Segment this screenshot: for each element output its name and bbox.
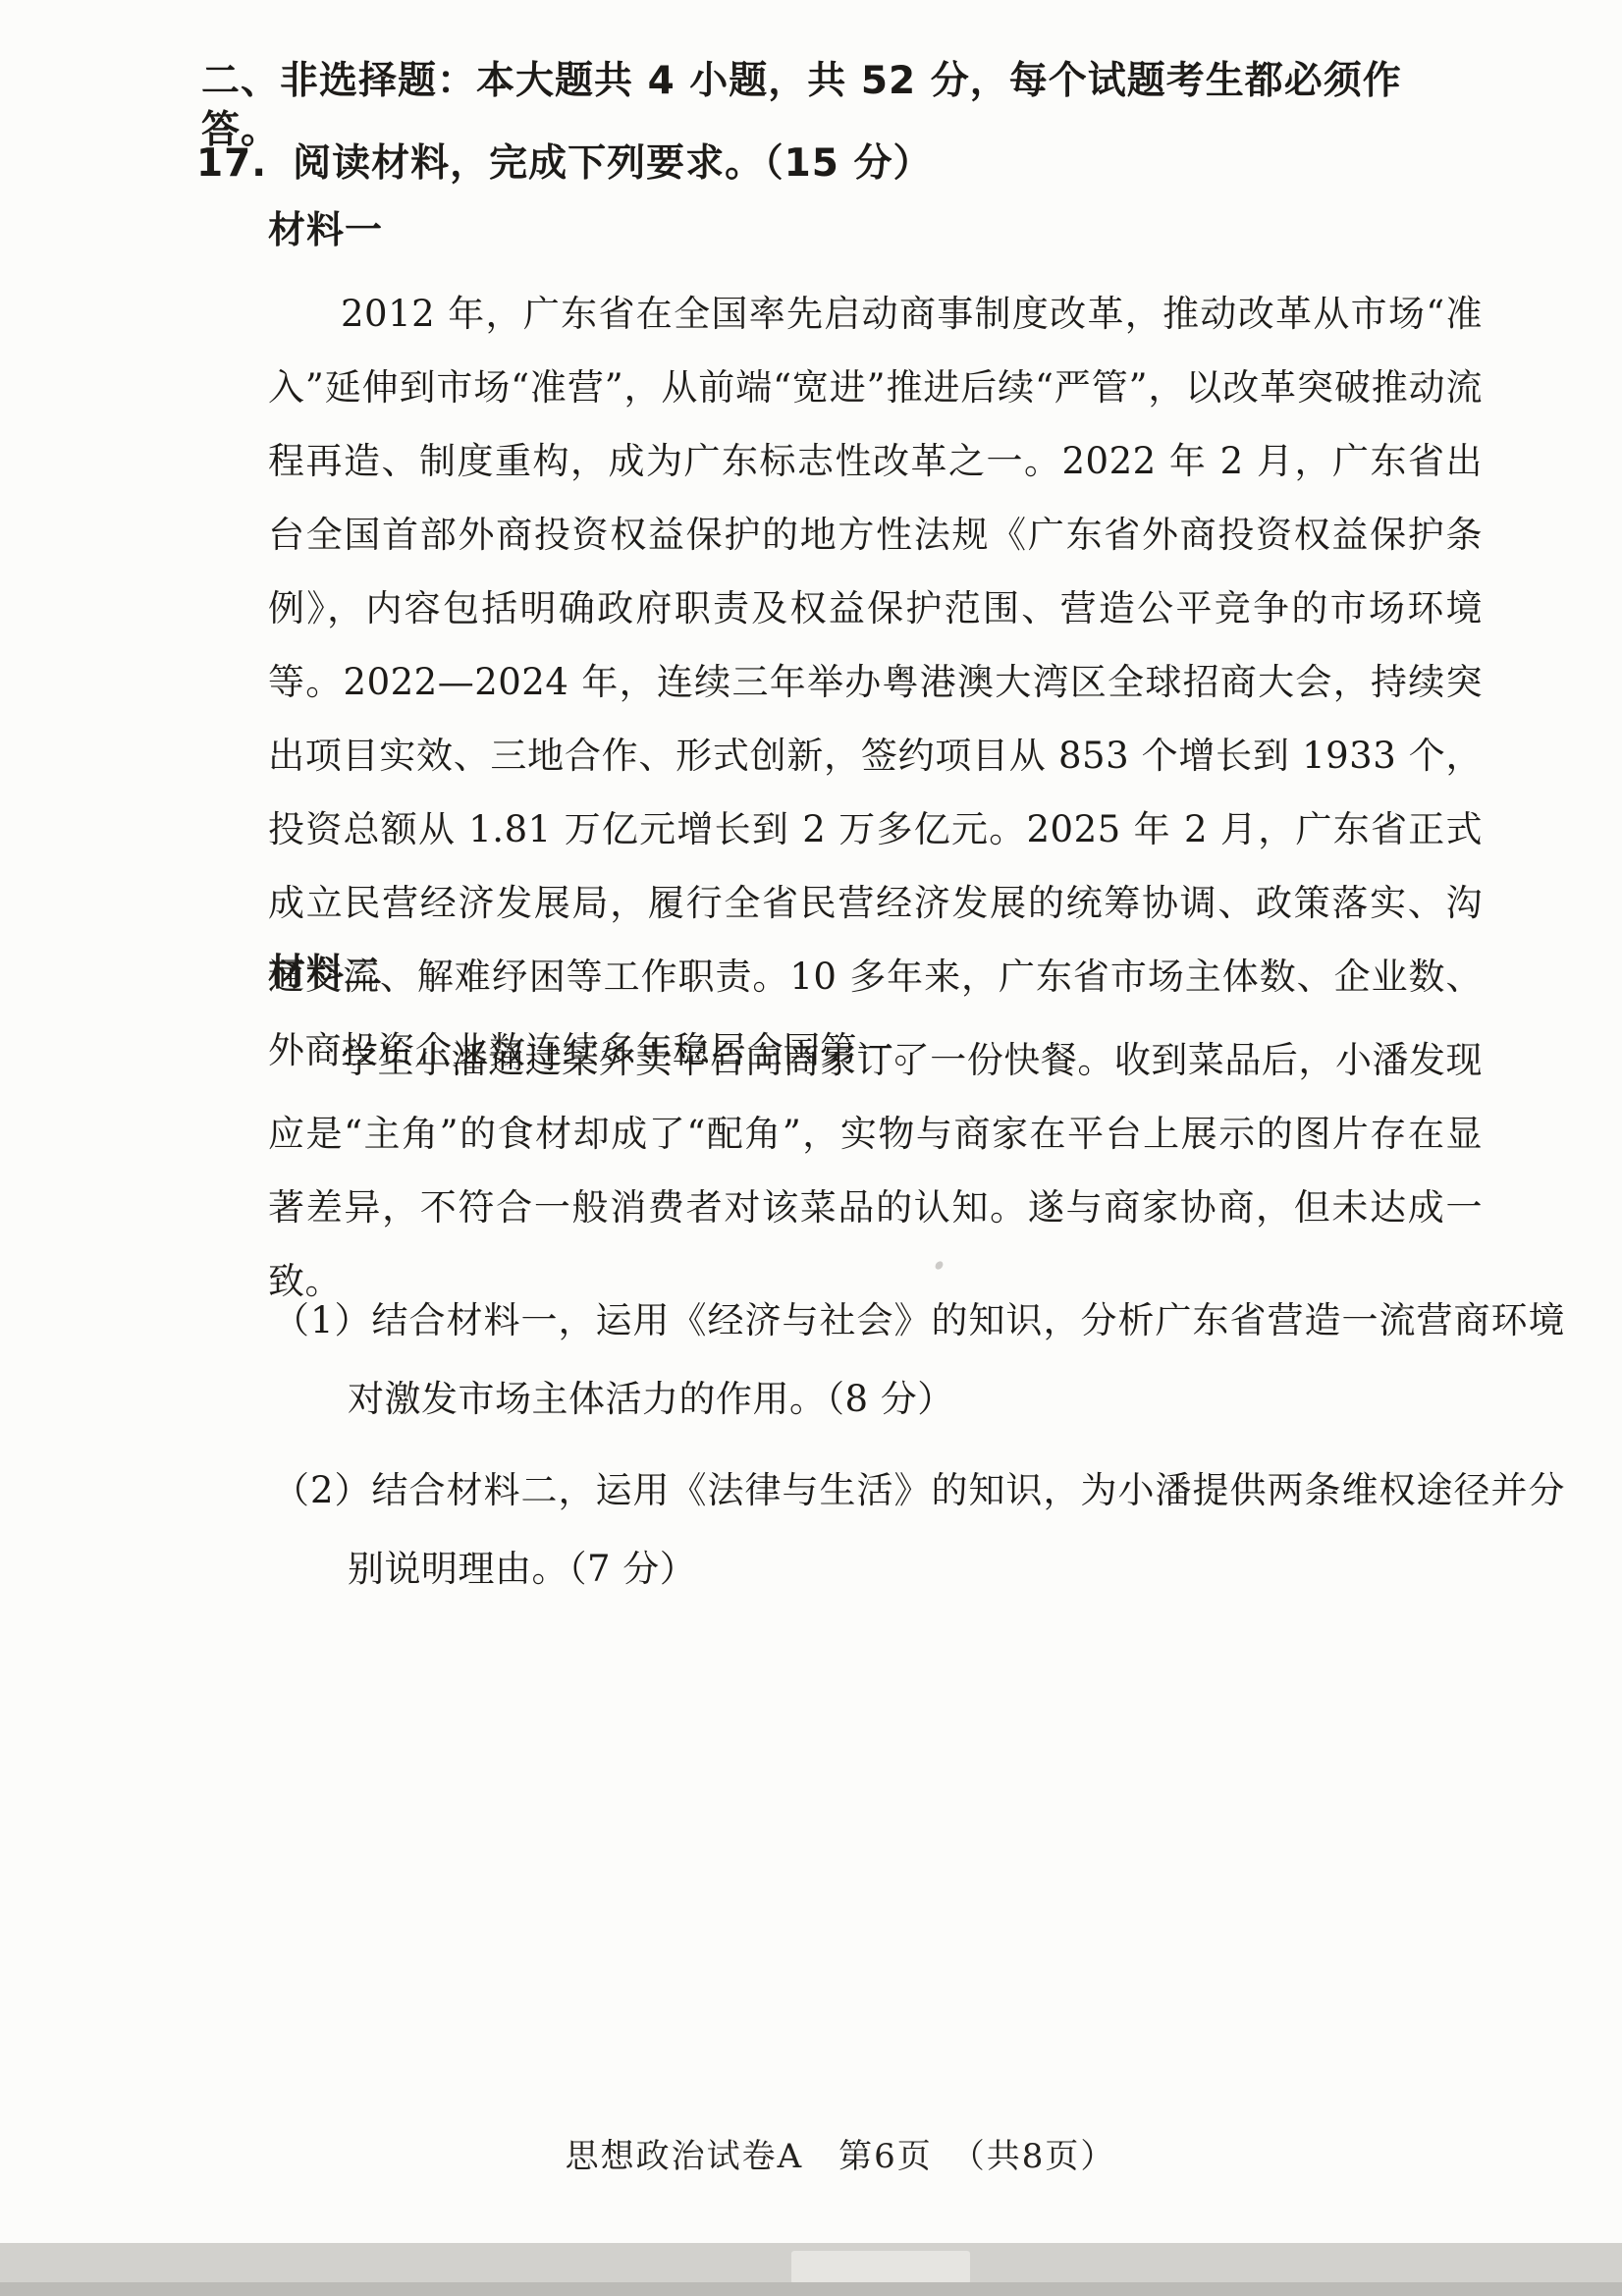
material-two-label: 材料二 xyxy=(268,949,383,996)
scan-bottom-dark-edge xyxy=(0,2282,1622,2296)
question-number: 17. xyxy=(196,139,267,189)
page-footer: 思想政治试卷A 第6页 （共8页） xyxy=(0,2129,1622,2177)
exam-page: 二、非选择题：本大题共 4 小题，共 52 分，每个试题考生都必须作答。 17.… xyxy=(0,0,1622,2296)
question-intro: 阅读材料，完成下列要求。（15 分） xyxy=(293,139,932,189)
material-one-paragraph: 2012 年，广东省在全国率先启动商事制度改革，推动改革从市场“准入”延伸到市场… xyxy=(268,277,1483,1087)
sub-question-2: （2）结合材料二，运用《法律与生活》的知识，为小潘提供两条维权途径并分别说明理由… xyxy=(273,1451,1565,1609)
material-one-label: 材料一 xyxy=(268,206,383,253)
material-two-paragraph: 学生小潘通过某外卖平台向商家订了一份快餐。收到菜品后，小潘发现应是“主角”的食材… xyxy=(268,1023,1483,1318)
scan-bottom-light-patch xyxy=(791,2251,970,2284)
sub-question-1: （1）结合材料一，运用《经济与社会》的知识，分析广东省营造一流营商环境对激发市场… xyxy=(273,1282,1565,1439)
question-17: 17. 阅读材料，完成下列要求。（15 分） xyxy=(196,139,1473,189)
